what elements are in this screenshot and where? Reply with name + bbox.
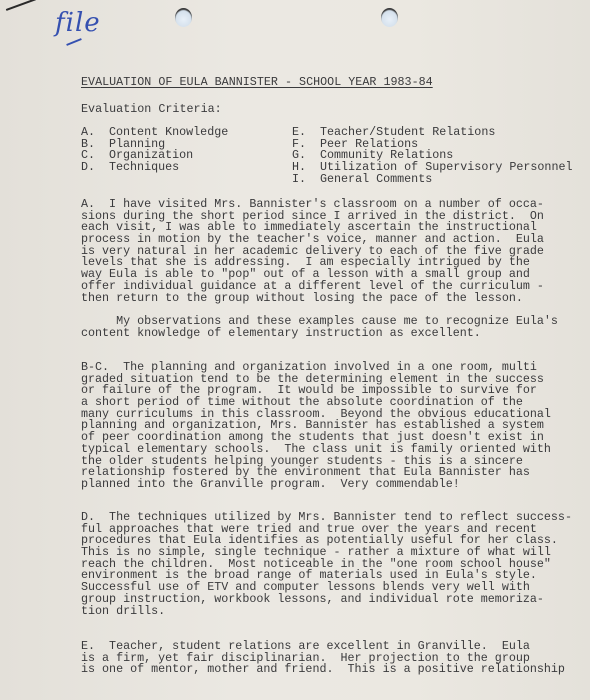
text-line: tion drills. bbox=[81, 606, 572, 618]
criteria-list-right: E.Teacher/Student RelationsF.Peer Relati… bbox=[292, 127, 573, 185]
text-line: content knowledge of elementary instruct… bbox=[81, 328, 558, 340]
punch-hole bbox=[381, 8, 398, 27]
criteria-letter: D. bbox=[81, 162, 109, 174]
section-a-paragraph: A. I have visited Mrs. Bannister's class… bbox=[81, 199, 544, 304]
criteria-label: General Comments bbox=[320, 172, 432, 186]
section-a-conclusion: My observations and these examples cause… bbox=[81, 316, 558, 339]
text-line: is one of mentor, mother and friend. Thi… bbox=[81, 664, 565, 676]
punch-hole bbox=[175, 8, 192, 27]
document-title: EVALUATION OF EULA BANNISTER - SCHOOL YE… bbox=[81, 77, 433, 89]
section-e-paragraph: E. Teacher, student relations are excell… bbox=[81, 641, 565, 676]
criteria-item: I.General Comments bbox=[292, 174, 573, 186]
criteria-item: D.Techniques bbox=[81, 162, 228, 174]
pencil-mark bbox=[6, 0, 37, 11]
text-line: then return to the group without losing … bbox=[81, 293, 544, 305]
handwritten-note: file bbox=[55, 8, 101, 38]
criteria-heading: Evaluation Criteria: bbox=[81, 104, 222, 116]
section-bc-paragraph: B-C. The planning and organization invol… bbox=[81, 362, 551, 491]
criteria-list-left: A.Content KnowledgeB.PlanningC.Organizat… bbox=[81, 127, 228, 174]
scanned-page: file EVALUATION OF EULA BANNISTER - SCHO… bbox=[0, 0, 590, 700]
text-line: planned into the Granville program. Very… bbox=[81, 479, 551, 491]
handwritten-underline bbox=[66, 38, 82, 46]
criteria-label: Techniques bbox=[109, 160, 179, 174]
section-d-paragraph: D. The techniques utilized by Mrs. Banni… bbox=[81, 512, 572, 617]
criteria-letter: I. bbox=[292, 174, 320, 186]
